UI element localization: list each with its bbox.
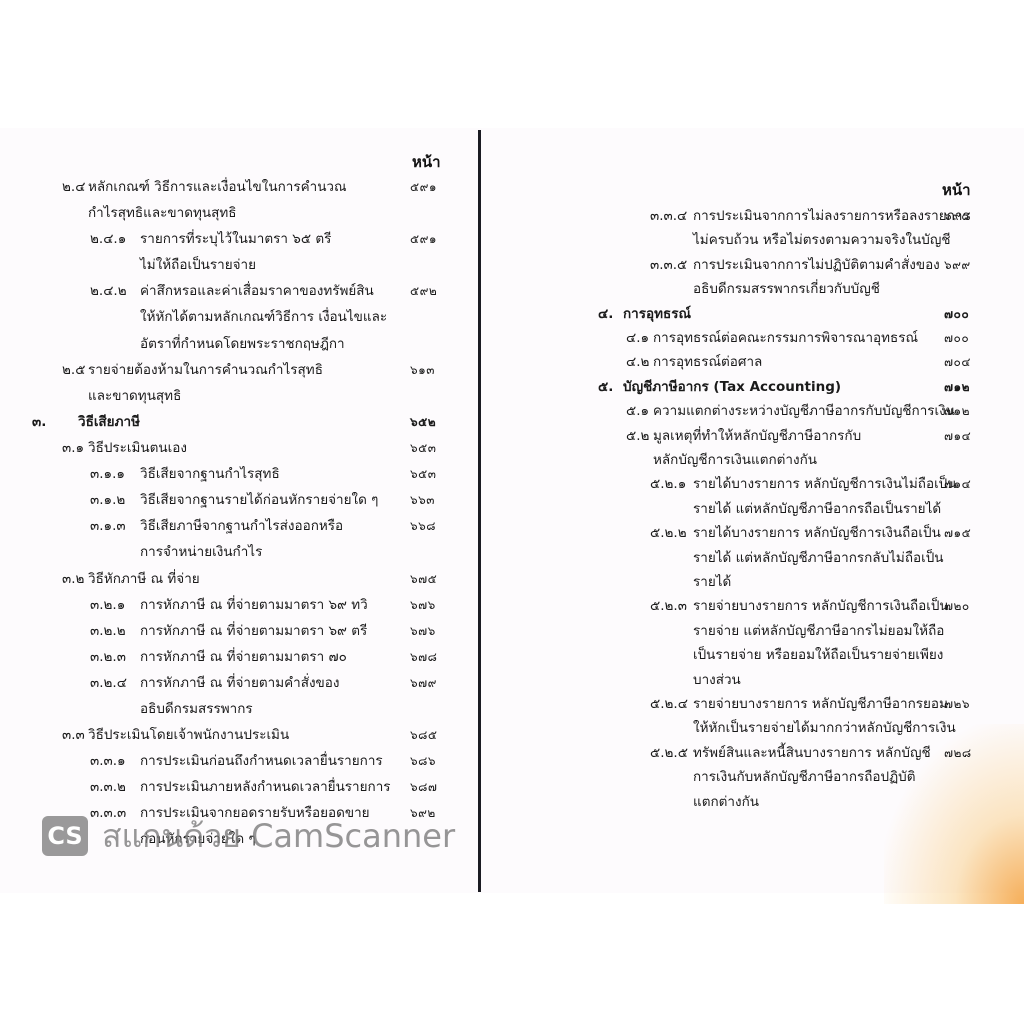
- toc-entry-title: วิธีเสียภาษีจากฐานกำไรส่งออกหรือ: [140, 517, 343, 535]
- toc-entry-number: ๓.๒.๓: [90, 648, 126, 666]
- toc-entry-number: ๕.๒.๑: [650, 475, 686, 493]
- toc-entry-title: รายจ่ายต้องห้ามในการคำนวณกำไรสุทธิ: [88, 361, 323, 379]
- toc-entry-title: การประเมินจากการไม่ลงรายการหรือลงรายการ: [693, 207, 970, 225]
- toc-entry-title: รายได้ แต่หลักบัญชีภาษีอากรถือเป็นรายได้: [693, 500, 941, 518]
- toc-entry-number: ๒.๕: [62, 361, 85, 379]
- toc-entry-title: การประเมินจากการไม่ปฏิบัติตามคำสั่งของ: [693, 256, 940, 274]
- toc-entry-page-number: ๖๗๖: [410, 622, 436, 640]
- toc-entry-title: ไม่ครบถ้วน หรือไม่ตรงตามความจริงในบัญชี: [693, 231, 951, 249]
- toc-entry-page-number: ๗๒๖: [944, 695, 970, 713]
- toc-entry-number: ๓.๓.๑: [90, 752, 126, 770]
- toc-entry-title: รายได้: [693, 573, 731, 591]
- toc-entry-title: การอุทธรณ์ต่อคณะกรรมการพิจารณาอุทธรณ์: [653, 329, 918, 347]
- toc-entry-number: ๕.๑: [626, 402, 649, 420]
- toc-entry-page-number: ๖๕๒: [410, 413, 436, 431]
- toc-entry-number: ๓.๓.๒: [90, 778, 126, 796]
- toc-entry-page-number: ๗๑๒: [944, 402, 970, 420]
- toc-entry-page-number: ๗๒๐: [944, 597, 970, 615]
- toc-entry-title: รายจ่ายบางรายการ หลักบัญชีภาษีอากรยอม: [693, 695, 948, 713]
- toc-entry-title: การหักภาษี ณ ที่จ่ายตามมาตรา ๗๐: [140, 648, 347, 666]
- toc-entry-page-number: ๗๑๔: [944, 475, 971, 493]
- toc-entry-title: วิธีประเมินตนเอง: [88, 439, 187, 457]
- toc-entry-number: ๕.๒: [626, 427, 649, 445]
- toc-entry-title: การอุทธรณ์ต่อศาล: [653, 353, 762, 371]
- toc-entry-title: รายได้บางรายการ หลักบัญชีการเงินถือเป็น: [693, 524, 941, 542]
- toc-entry-title: วิธีหักภาษี ณ ที่จ่าย: [88, 570, 200, 588]
- toc-entry-number: ๓.๒.๑: [90, 596, 125, 614]
- toc-entry-page-number: ๖๗๖: [410, 596, 436, 614]
- toc-entry-page-number: ๗๒๘: [944, 744, 972, 762]
- toc-entry-number: ๓.๑.๓: [90, 517, 126, 535]
- toc-entry-title: ให้หักเป็นรายจ่ายได้มากกว่าหลักบัญชีการเ…: [693, 719, 956, 737]
- toc-entry-number: ๓.: [32, 413, 46, 431]
- toc-entry-page-number: ๗๐๐: [944, 305, 969, 323]
- toc-entry-title: อธิบดีกรมสรรพากรเกี่ยวกับบัญชี: [693, 280, 880, 298]
- toc-entry-number: ๕.๒.๕: [650, 744, 688, 762]
- toc-entry-page-number: ๗๐๐: [944, 329, 969, 347]
- toc-entry-title: หลักเกณฑ์ วิธีการและเงื่อนไขในการคำนวณ: [88, 178, 347, 196]
- toc-entry-page-number: ๖๗๙: [410, 674, 437, 692]
- toc-entry-page-number: ๖๕๓: [410, 465, 436, 483]
- toc-entry-page-number: ๖๖๘: [410, 517, 436, 535]
- toc-entry-title: บัญชีภาษีอากร (Tax Accounting): [623, 378, 841, 396]
- toc-entry-number: ๕.: [598, 378, 613, 396]
- toc-entry-page-number: ๕๙๑: [410, 178, 437, 196]
- toc-entry-page-number: ๗๑๕: [944, 524, 971, 542]
- toc-entry-number: ๔.๒: [626, 353, 649, 371]
- toc-entry-number: ๕.๒.๔: [650, 695, 688, 713]
- toc-entry-number: ๓.๑.๒: [90, 491, 125, 509]
- toc-entry-number: ๓.๑.๑: [90, 465, 125, 483]
- watermark-text: สแกนด้วย CamScanner: [102, 811, 455, 862]
- toc-entry-title: หลักบัญชีการเงินแตกต่างกัน: [653, 451, 817, 469]
- toc-entry-title: การหักภาษี ณ ที่จ่ายตามมาตรา ๖๙ ทวิ: [140, 596, 368, 614]
- toc-entry-page-number: ๕๙๒: [410, 282, 437, 300]
- toc-entry-title: การหักภาษี ณ ที่จ่ายตามมาตรา ๖๙ ตรี: [140, 622, 367, 640]
- toc-entry-number: ๕.๒.๒: [650, 524, 687, 542]
- toc-entry-title: กำไรสุทธิและขาดทุนสุทธิ: [88, 204, 236, 222]
- toc-entry-page-number: ๖๕๓: [410, 439, 436, 457]
- toc-entry-title: ไม่ให้ถือเป็นรายจ่าย: [140, 256, 256, 274]
- toc-entry-title: การหักภาษี ณ ที่จ่ายตามคำสั่งของ: [140, 674, 339, 692]
- toc-entry-number: ๓.๓.๕: [650, 256, 687, 274]
- toc-entry-page-number: ๕๙๑: [410, 230, 437, 248]
- toc-entry-title: รายจ่าย แต่หลักบัญชีภาษีอากรไม่ยอมให้ถือ: [693, 622, 944, 640]
- toc-entry-page-number: ๖๙๙: [944, 256, 971, 274]
- toc-entry-number: ๓.๓: [62, 726, 85, 744]
- toc-entry-title: เป็นรายจ่าย หรือยอมให้ถือเป็นรายจ่ายเพีย…: [693, 646, 943, 664]
- toc-entry-page-number: ๗๑๒: [944, 378, 970, 396]
- toc-entry-title: วิธีประเมินโดยเจ้าพนักงานประเมิน: [88, 726, 289, 744]
- toc-entry-page-number: ๖๗๘: [410, 648, 437, 666]
- toc-entry-title: วิธีเสียจากฐานรายได้ก่อนหักรายจ่ายใด ๆ: [140, 491, 378, 509]
- toc-entry-title: รายได้บางรายการ หลักบัญชีการเงินไม่ถือเป…: [693, 475, 956, 493]
- toc-entry-page-number: ๖๗๕: [410, 570, 437, 588]
- toc-entry-page-number: ๖๙๘: [944, 207, 971, 225]
- toc-entry-title: การประเมินก่อนถึงกำหนดเวลายื่นรายการ: [140, 752, 383, 770]
- page-column-header: หน้า: [412, 150, 441, 174]
- toc-entry-page-number: ๗๑๔: [944, 427, 971, 445]
- toc-entry-title: การจำหน่ายเงินกำไร: [140, 543, 262, 561]
- toc-entry-number: ๔.๑: [626, 329, 649, 347]
- toc-entry-title: อธิบดีกรมสรรพากร: [140, 700, 253, 718]
- toc-entry-number: ๓.๒.๒: [90, 622, 126, 640]
- toc-entry-title: รายจ่ายบางรายการ หลักบัญชีการเงินถือเป็น: [693, 597, 949, 615]
- toc-entry-number: ๓.๓.๔: [650, 207, 687, 225]
- toc-entry-title: ให้หักได้ตามหลักเกณฑ์วิธีการ เงื่อนไขและ: [140, 308, 387, 326]
- toc-entry-page-number: ๖๘๗: [410, 778, 437, 796]
- toc-entry-title: การประเมินภายหลังกำหนดเวลายื่นรายการ: [140, 778, 391, 796]
- camscanner-watermark: CS สแกนด้วย CamScanner: [42, 812, 455, 860]
- camscanner-logo-icon: CS: [42, 816, 88, 856]
- toc-entry-page-number: ๖๘๕: [410, 726, 437, 744]
- toc-entry-page-number: ๖๖๓: [410, 491, 435, 509]
- toc-entry-number: ๒.๔.๑: [90, 230, 126, 248]
- book-spine: [478, 130, 481, 892]
- toc-entry-title: วิธีเสียจากฐานกำไรสุทธิ: [140, 465, 280, 483]
- toc-entry-title: การเงินกับหลักบัญชีภาษีอากรถือปฏิบัติ: [693, 768, 916, 786]
- toc-entry-number: ๒.๔: [62, 178, 85, 196]
- toc-entry-number: ๓.๑: [62, 439, 84, 457]
- page-column-header: หน้า: [942, 178, 971, 202]
- toc-entry-number: ๓.๒.๔: [90, 674, 127, 692]
- toc-entry-title: รายได้ แต่หลักบัญชีภาษีอากรกลับไม่ถือเป็…: [693, 549, 944, 567]
- toc-entry-title: ความแตกต่างระหว่างบัญชีภาษีอากรกับบัญชีก…: [653, 402, 955, 420]
- toc-entry-page-number: ๗๐๔: [944, 353, 971, 371]
- toc-entry-title: และขาดทุนสุทธิ: [88, 387, 181, 405]
- toc-entry-title: แตกต่างกัน: [693, 793, 759, 811]
- toc-entry-title: ทรัพย์สินและหนี้สินบางรายการ หลักบัญชี: [693, 744, 931, 762]
- toc-entry-number: ๕.๒.๓: [650, 597, 687, 615]
- toc-entry-title: มูลเหตุที่ทำให้หลักบัญชีภาษีอากรกับ: [653, 427, 861, 445]
- toc-entry-number: ๔.: [598, 305, 613, 323]
- toc-entry-title: อัตราที่กำหนดโดยพระราชกฤษฎีกา: [140, 335, 345, 353]
- toc-entry-title: วิธีเสียภาษี: [78, 413, 140, 431]
- toc-entry-page-number: ๖๑๓: [410, 361, 435, 379]
- toc-entry-number: ๓.๒: [62, 570, 84, 588]
- toc-entry-title: ค่าสึกหรอและค่าเสื่อมราคาของทรัพย์สิน: [140, 282, 374, 300]
- toc-entry-page-number: ๖๘๖: [410, 752, 436, 770]
- toc-entry-title: บางส่วน: [693, 671, 741, 689]
- toc-entry-title: รายการที่ระบุไว้ในมาตรา ๖๕ ตรี: [140, 230, 331, 248]
- toc-entry-title: การอุทธรณ์: [623, 305, 691, 323]
- toc-entry-number: ๒.๔.๒: [90, 282, 127, 300]
